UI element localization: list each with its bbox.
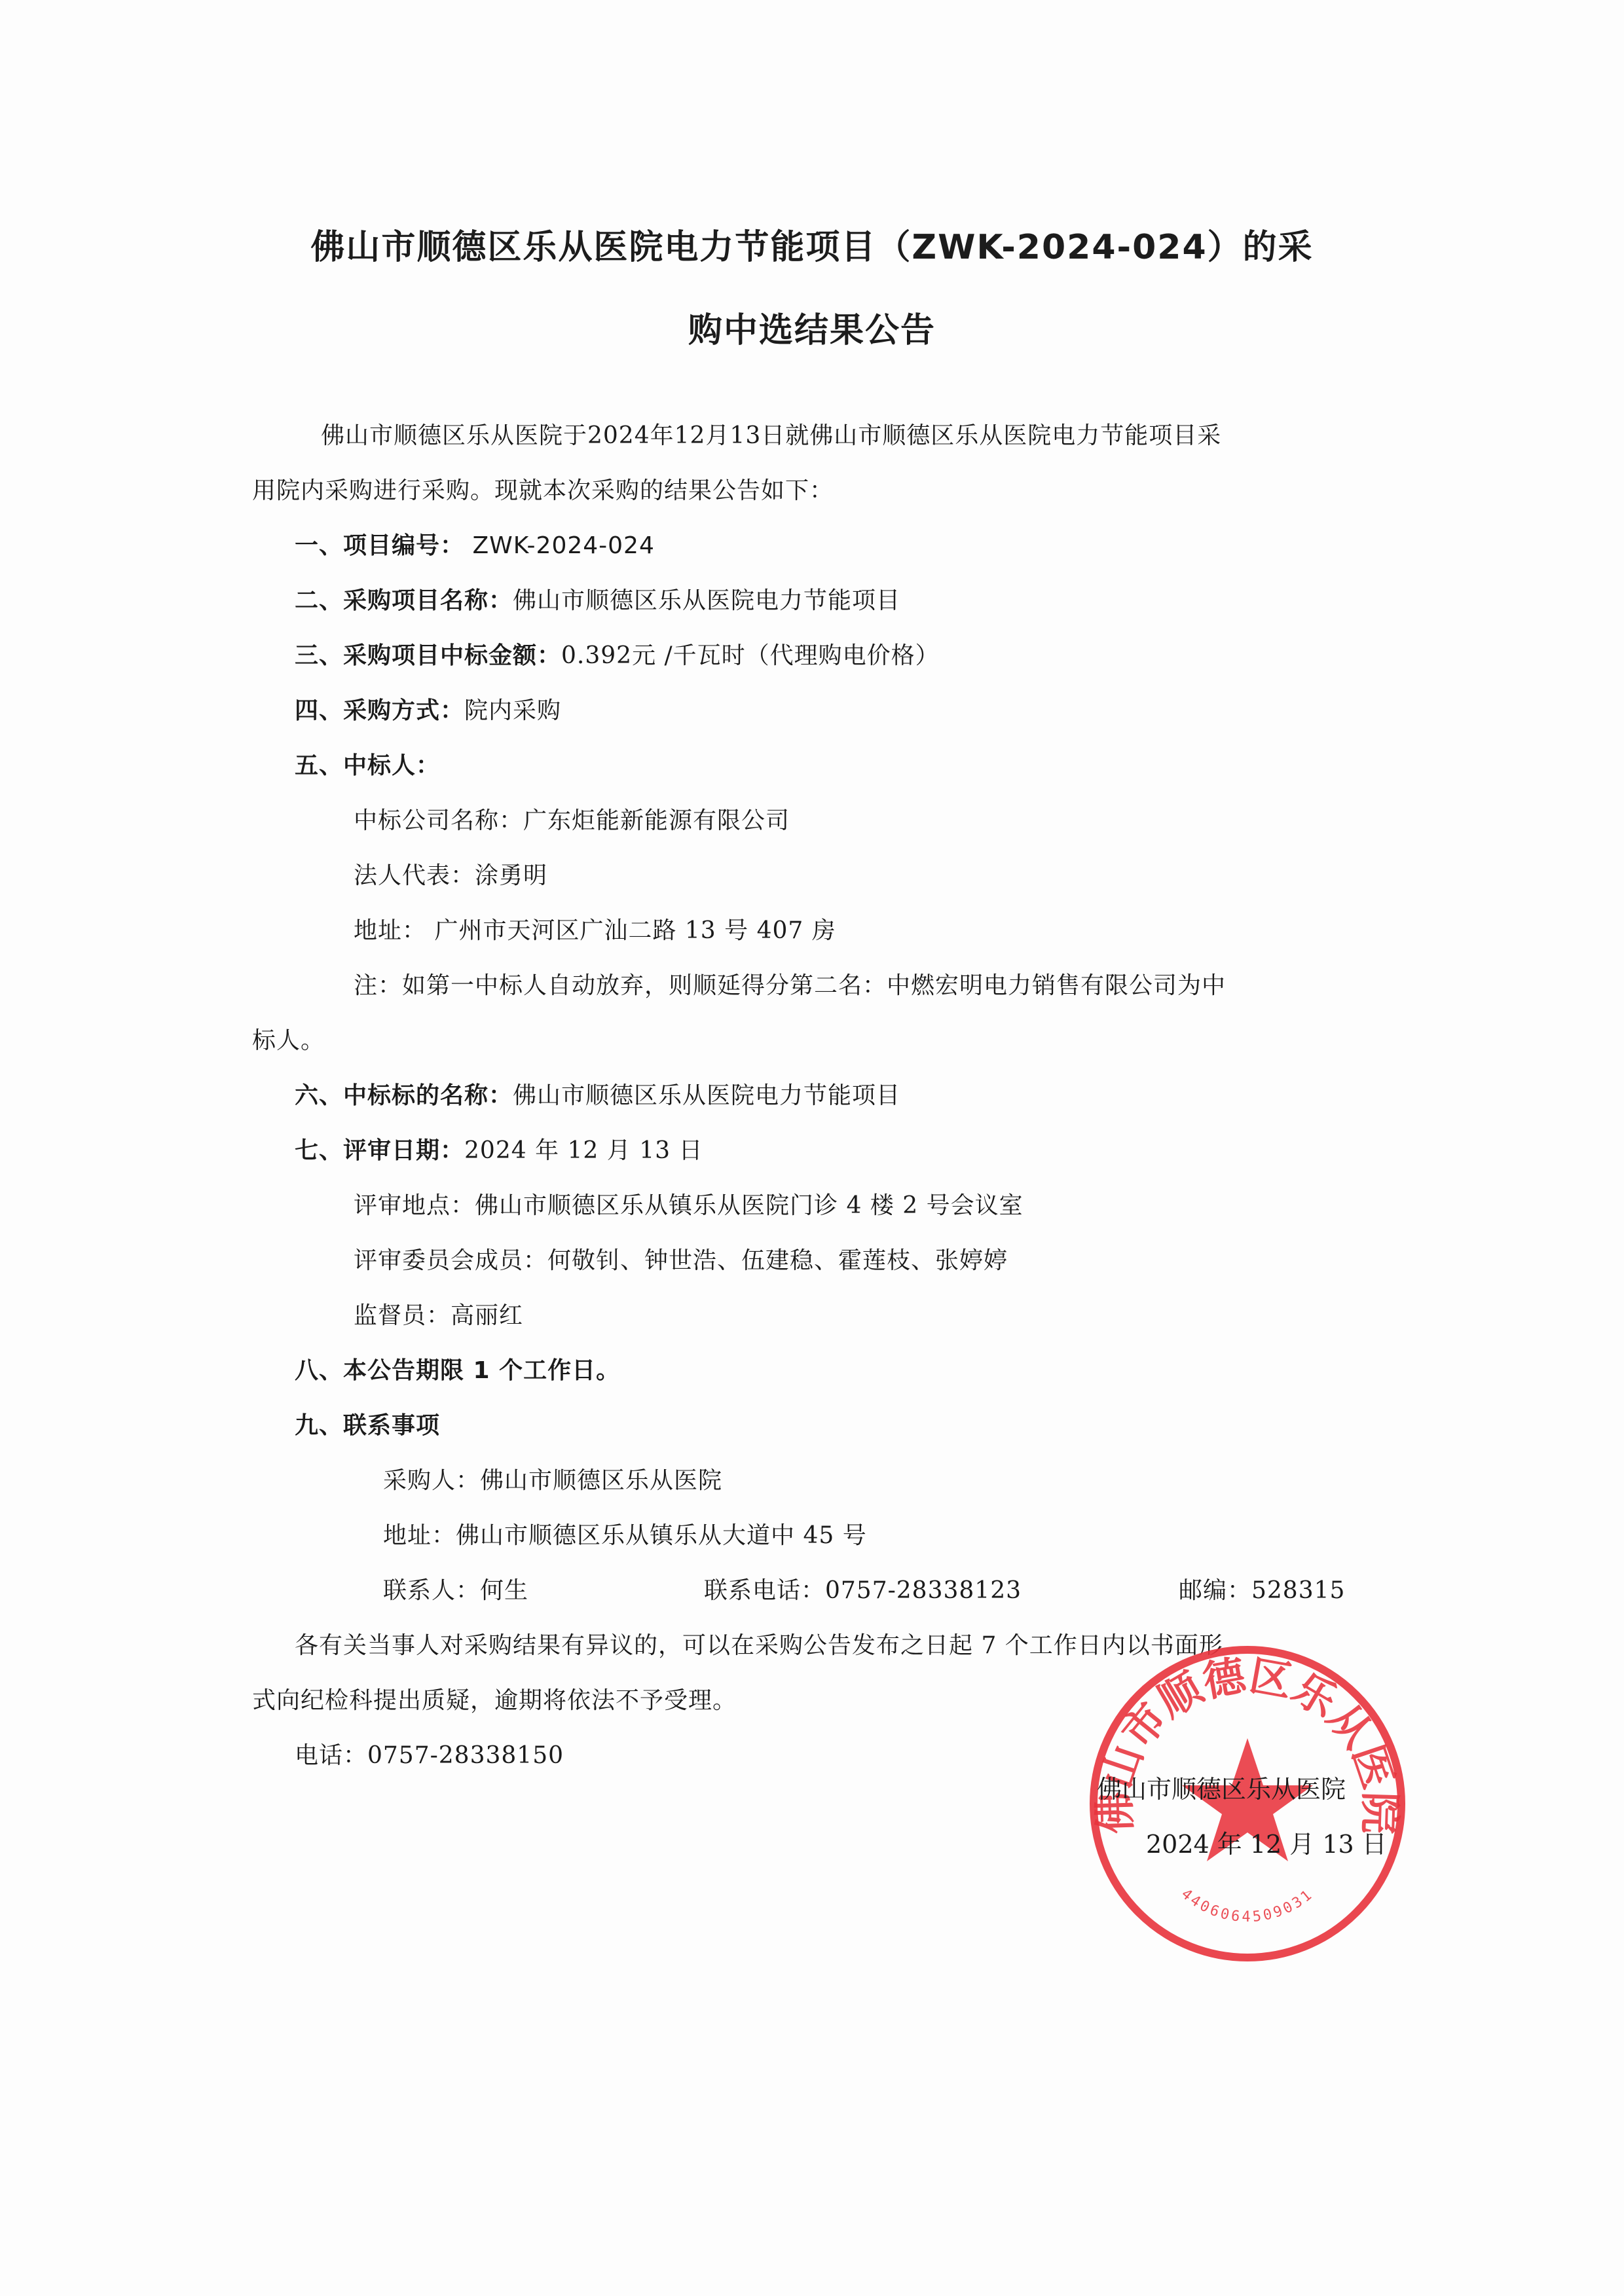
bid-amount-value: 0.392元 /千瓦时（代理购电价格） — [561, 642, 940, 669]
document-title-line2: 购中选结果公告 — [0, 302, 1624, 352]
procurement-method-value: 院内采购 — [464, 697, 561, 724]
office-phone: 电话：0757-28338150 — [295, 1740, 564, 1772]
postcode: 邮编：528315 — [1179, 1575, 1345, 1607]
section-label: 三、采购项目中标金额： — [295, 642, 561, 669]
section-project-number: 一、项目编号： ZWK-2024-024 — [295, 530, 655, 562]
svg-text:4406064509031: 4406064509031 — [1178, 1886, 1317, 1925]
section-label: 七、评审日期： — [295, 1137, 464, 1164]
review-venue: 评审地点：佛山市顺德区乐从镇乐从医院门诊 4 楼 2 号会议室 — [354, 1190, 1024, 1222]
section-announcement-period: 八、本公告期限 1 个工作日。 — [295, 1355, 620, 1387]
intro-line2: 用院内采购进行采购。现就本次采购的结果公告如下： — [252, 475, 834, 507]
section-contact: 九、联系事项 — [295, 1410, 440, 1442]
section-label: 四、采购方式： — [295, 697, 464, 724]
purchaser-address: 地址：佛山市顺德区乐从镇乐从大道中 45 号 — [383, 1520, 867, 1552]
section-bid-amount: 三、采购项目中标金额：0.392元 /千瓦时（代理购电价格） — [295, 640, 940, 672]
contact-phone: 联系电话：0757-28338123 — [704, 1575, 1022, 1607]
document-title-line1: 佛山市顺德区乐从医院电力节能项目（ZWK-2024-024）的采 — [0, 219, 1624, 268]
winning-company: 中标公司名称：广东炬能新能源有限公司 — [354, 805, 790, 837]
section-project-name: 二、采购项目名称：佛山市顺德区乐从医院电力节能项目 — [295, 585, 900, 617]
signature-organization: 佛山市顺德区乐从医院 — [1097, 1769, 1346, 1805]
note-line2: 标人。 — [252, 1025, 325, 1057]
section-review-date: 七、评审日期：2024 年 12 月 13 日 — [295, 1135, 703, 1167]
section-label: 六、中标标的名称： — [295, 1082, 513, 1109]
signature-date: 2024 年 12 月 13 日 — [1146, 1824, 1387, 1860]
supervisor: 监督员：高丽红 — [354, 1300, 523, 1332]
section-label: 一、项目编号： — [295, 532, 464, 559]
intro-line1: 佛山市顺德区乐从医院于2024年12月13日就佛山市顺德区乐从医院电力节能项目采 — [321, 420, 1221, 452]
section-procurement-method: 四、采购方式：院内采购 — [295, 695, 561, 727]
legal-representative: 法人代表：涂勇明 — [354, 860, 547, 892]
project-name-value: 佛山市顺德区乐从医院电力节能项目 — [513, 587, 900, 614]
contact-person: 联系人：何生 — [383, 1575, 528, 1607]
section-subject-name: 六、中标标的名称：佛山市顺德区乐从医院电力节能项目 — [295, 1080, 900, 1112]
review-date-value: 2024 年 12 月 13 日 — [464, 1137, 703, 1164]
winner-address: 地址： 广州市天河区广汕二路 13 号 407 房 — [354, 915, 836, 947]
section-label: 二、采购项目名称： — [295, 587, 513, 614]
objection-line2: 式向纪检科提出质疑，逾期将依法不予受理。 — [252, 1685, 737, 1717]
subject-name-value: 佛山市顺德区乐从医院电力节能项目 — [513, 1082, 900, 1109]
note-line1: 注：如第一中标人自动放弃，则顺延得分第二名：中燃宏明电力销售有限公司为中 — [354, 970, 1226, 1002]
announcement-page: 佛山市顺德区乐从医院电力节能项目（ZWK-2024-024）的采 购中选结果公告… — [0, 0, 1624, 2296]
section-winning-bidder: 五、中标人： — [295, 750, 440, 782]
project-number-value: ZWK-2024-024 — [464, 532, 655, 559]
review-committee: 评审委员会成员：何敬钊、钟世浩、伍建稳、霍莲枝、张婷婷 — [354, 1245, 1008, 1277]
purchaser: 采购人：佛山市顺德区乐从医院 — [383, 1465, 722, 1497]
